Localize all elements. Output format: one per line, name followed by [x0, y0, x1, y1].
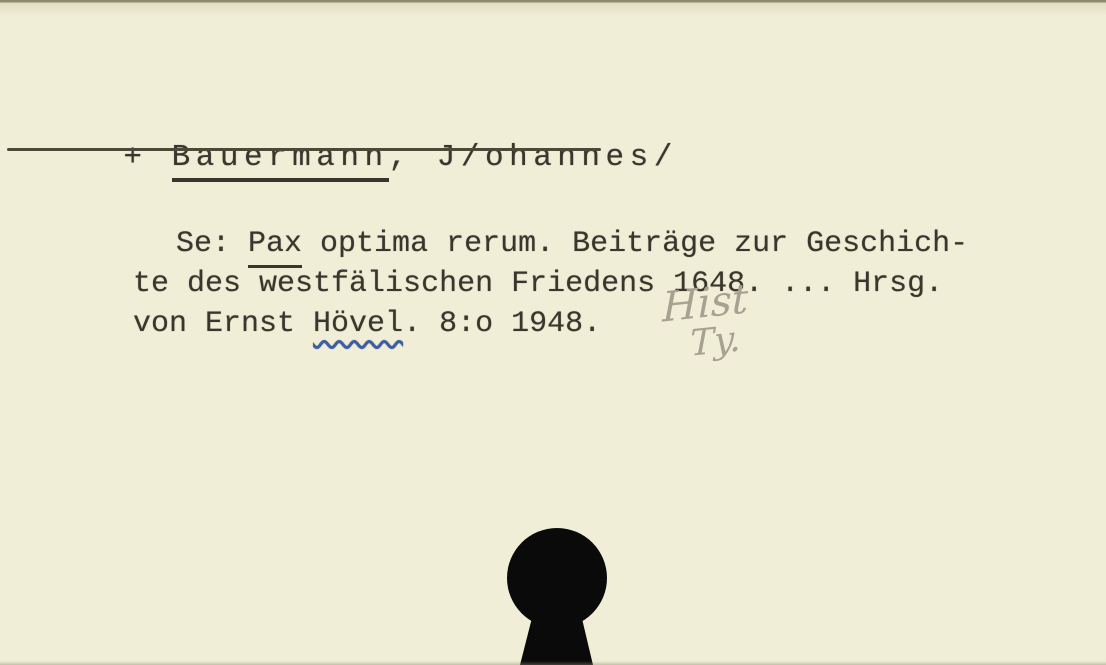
entry-line-3-prefix: von Ernst [133, 307, 313, 341]
pencil-annotation-line-2: Ty. [690, 319, 748, 363]
heading-plus-sign: + [123, 140, 171, 175]
heading-surname: Bauermann [172, 139, 389, 182]
entry-line-3: von Ernst Hövel. 8:o 1948. [61, 267, 601, 381]
keyhole-punch-icon [504, 526, 616, 665]
entry-editor-name-wavy: Hövel [313, 307, 403, 341]
heading-forename: , J/ohannes/ [389, 140, 678, 175]
heading-pen-underline [7, 148, 601, 151]
pencil-annotation: Hist Ty. [662, 277, 748, 366]
catalog-card: + Bauermann, J/ohannes/ Se: Pax optima r… [0, 0, 1106, 665]
entry-line-3-rest: . 8:o 1948. [403, 307, 601, 341]
